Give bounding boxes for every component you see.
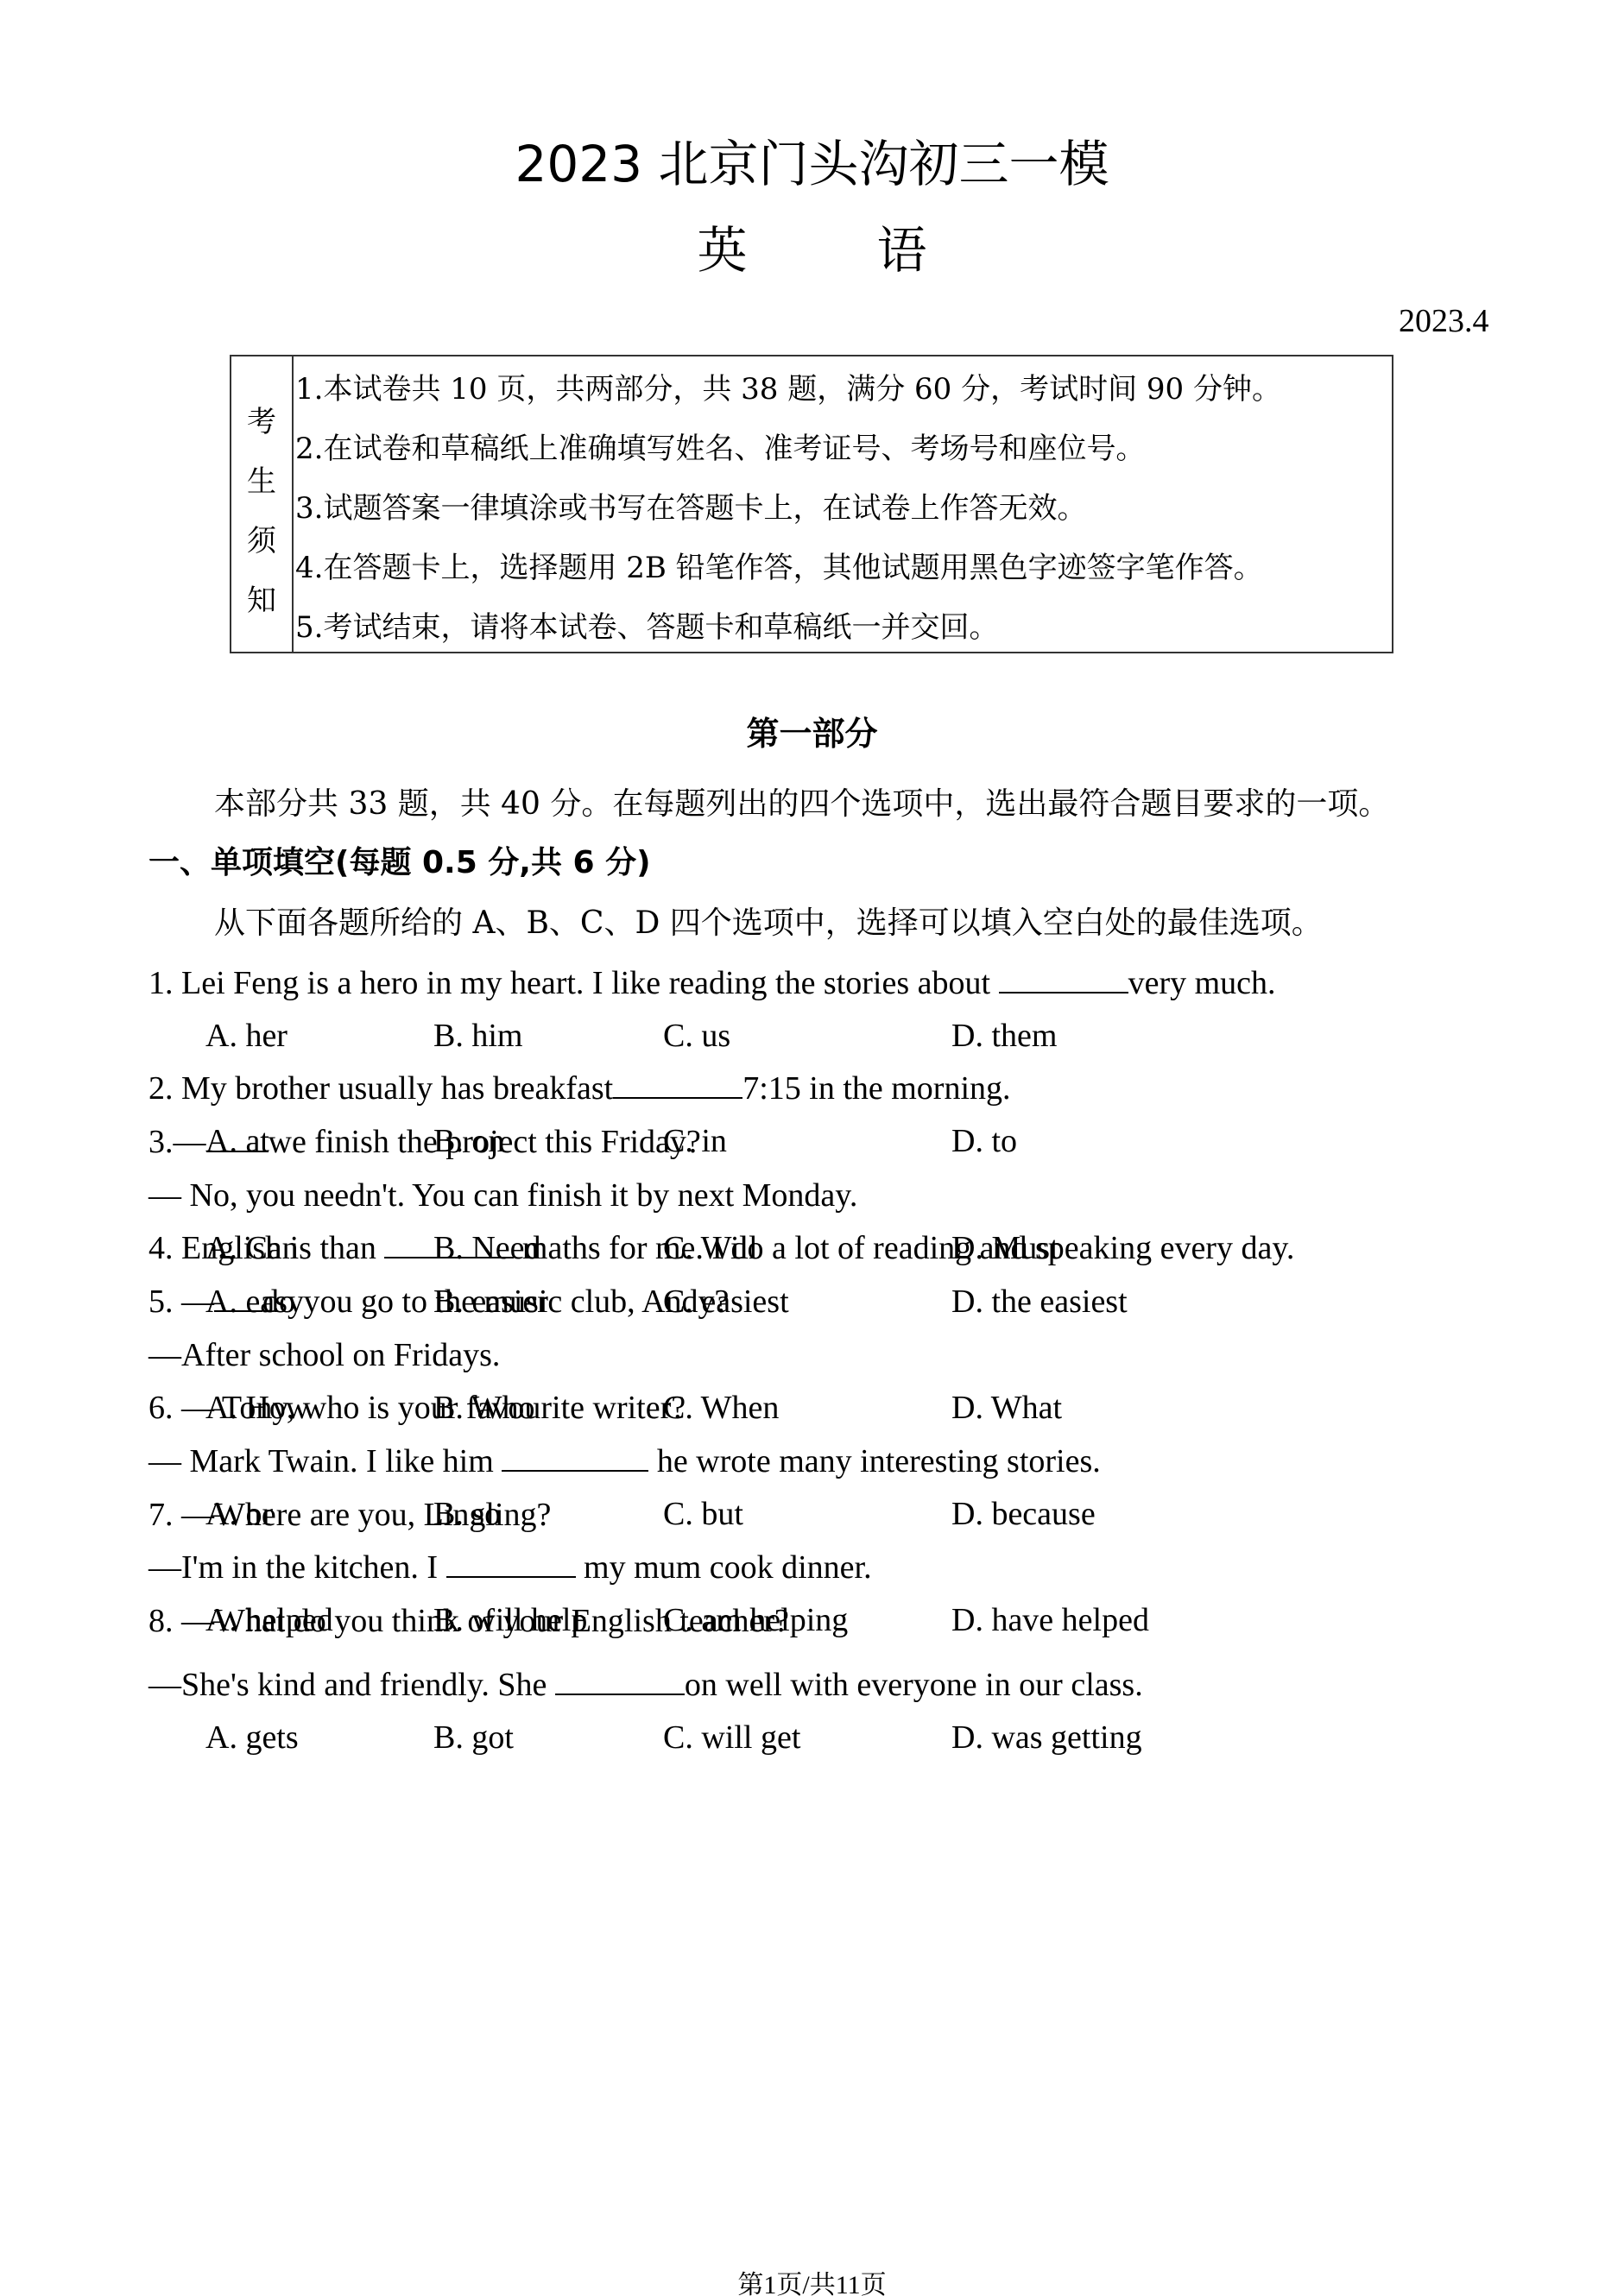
question-stem: 7. —Where are you, Lingling?: [148, 1493, 551, 1536]
part-heading: 第一部分: [0, 708, 1624, 760]
exam-date: 2023.4: [1399, 300, 1489, 342]
notice-item: 5.考试结束，请将本试卷、答题卡和草稿纸一并交回。: [295, 598, 1392, 658]
notice-label-char: 知: [247, 571, 276, 631]
notice-label: 考 生 须 知: [231, 356, 294, 652]
question-stem: 5. —do you go to the music club, Andy?: [148, 1280, 729, 1323]
answer-option-c: C. us: [663, 1014, 730, 1057]
answer-option-d: D. have helped: [951, 1599, 1149, 1642]
question-text: 6. — Tony, who is your favourite writer?: [148, 1390, 686, 1426]
answer-option-b: B. got: [433, 1716, 514, 1759]
section-title: 一、单项填空(每题 0.5 分,共 6 分): [148, 837, 651, 889]
answer-option-d: D. them: [951, 1014, 1057, 1057]
question-text: 8. —What do you think of your English te…: [148, 1603, 789, 1639]
answer-option-b: B. him: [433, 1014, 522, 1057]
answer-option-d: D. What: [951, 1386, 1062, 1429]
part-intro: 本部分共 33 题，共 40 分。在每题列出的四个选项中，选出最符合题目要求的一…: [214, 779, 1389, 830]
question-stem: 3.—we finish the project this Friday?: [148, 1120, 701, 1164]
notice-item: 3.试题答案一律填涂或书写在答题卡上，在试卷上作答无效。: [295, 479, 1392, 539]
question-text: —I'm in the kitchen. I: [148, 1549, 446, 1586]
question-text: 5. —: [148, 1284, 214, 1320]
question-text: we finish the project this Friday?: [269, 1124, 701, 1160]
question-stem: 4. English is than maths for me. I do a …: [148, 1227, 1294, 1270]
question-text: maths for me. I do a lot of reading and …: [514, 1230, 1294, 1266]
question-text: 4. English is than: [148, 1230, 384, 1266]
subject-char-1: 英: [697, 216, 747, 285]
question-text: — Mark Twain. I like him: [148, 1443, 502, 1479]
notice-label-char: 考: [247, 393, 276, 452]
answer-option-d: D. to: [951, 1120, 1017, 1163]
answer-option-d: D. was getting: [951, 1716, 1142, 1759]
question-stem: 8. —What do you think of your English te…: [148, 1599, 789, 1643]
answer-option-c: C. but: [663, 1492, 743, 1536]
question-text: 7. —Where are you, Lingling?: [148, 1497, 551, 1533]
answer-option-a: A. her: [205, 1014, 288, 1057]
question-dialogue-line: — No, you needn't. You can finish it by …: [148, 1174, 857, 1217]
notice-item: 2.在试卷和草稿纸上准确填写姓名、准考证号、考场号和座位号。: [295, 419, 1392, 479]
question-dialogue-line: — Mark Twain. I like him he wrote many i…: [148, 1440, 1101, 1483]
question-text: my mum cook dinner.: [576, 1549, 872, 1586]
question-stem: 1. Lei Feng is a hero in my heart. I lik…: [148, 962, 1276, 1005]
answer-blank: [214, 1281, 262, 1312]
question-text: — No, you needn't. You can finish it by …: [148, 1177, 857, 1214]
page-indicator: 第1页/共11页: [0, 2275, 1624, 2296]
question-text: —She's kind and friendly. She: [148, 1667, 555, 1703]
notice-items: 1.本试卷共 10 页，共两部分，共 38 题，满分 60 分，考试时间 90 …: [294, 356, 1392, 652]
answer-blank: [384, 1227, 514, 1258]
exam-title: 2023 北京门头沟初三一模: [0, 129, 1624, 199]
answer-option-d: D. because: [951, 1492, 1096, 1536]
answer-blank: [502, 1441, 648, 1472]
subject-char-2: 语: [877, 216, 927, 285]
notice-label-char: 生: [247, 452, 276, 512]
notice-item: 1.本试卷共 10 页，共两部分，共 38 题，满分 60 分，考试时间 90 …: [295, 360, 1392, 419]
notice-label-char: 须: [247, 512, 276, 571]
exam-subject: 英语: [0, 216, 1624, 285]
answer-blank: [446, 1547, 576, 1578]
question-text: he wrote many interesting stories.: [648, 1443, 1100, 1479]
question-text: 1. Lei Feng is a hero in my heart. I lik…: [148, 965, 999, 1001]
question-text: on well with everyone in our class.: [685, 1667, 1143, 1703]
question-dialogue-line: —I'm in the kitchen. I my mum cook dinne…: [148, 1546, 872, 1589]
question-text: 2. My brother usually has breakfast: [148, 1070, 613, 1107]
question-text: do you go to the music club, Andy?: [262, 1284, 729, 1320]
answer-option-a: A. gets: [205, 1716, 299, 1759]
section-instruction: 从下面各题所给的 A、B、C、D 四个选项中，选择可以填入空白处的最佳选项。: [214, 898, 1323, 949]
question-stem: 2. My brother usually has breakfast7:15 …: [148, 1067, 1011, 1110]
answer-blank: [613, 1068, 742, 1099]
question-stem: 6. — Tony, who is your favourite writer?: [148, 1386, 686, 1429]
answer-option-c: C. will get: [663, 1716, 800, 1759]
question-dialogue-line: —She's kind and friendly. She on well wi…: [148, 1663, 1143, 1706]
question-dialogue-line: —After school on Fridays.: [148, 1334, 500, 1377]
answer-option-d: D. the easiest: [951, 1280, 1128, 1323]
question-text: 3.—: [148, 1124, 206, 1160]
candidate-notice-box: 考 生 须 知 1.本试卷共 10 页，共两部分，共 38 题，满分 60 分，…: [230, 355, 1393, 653]
notice-item: 4.在答题卡上，选择题用 2B 铅笔作答，其他试题用黑色字迹签字笔作答。: [295, 539, 1392, 598]
question-text: 7:15 in the morning.: [742, 1070, 1010, 1107]
answer-blank: [206, 1121, 269, 1152]
answer-blank: [555, 1664, 685, 1695]
question-text: —After school on Fridays.: [148, 1337, 500, 1373]
question-text: very much.: [1128, 965, 1276, 1001]
answer-blank: [999, 962, 1128, 993]
